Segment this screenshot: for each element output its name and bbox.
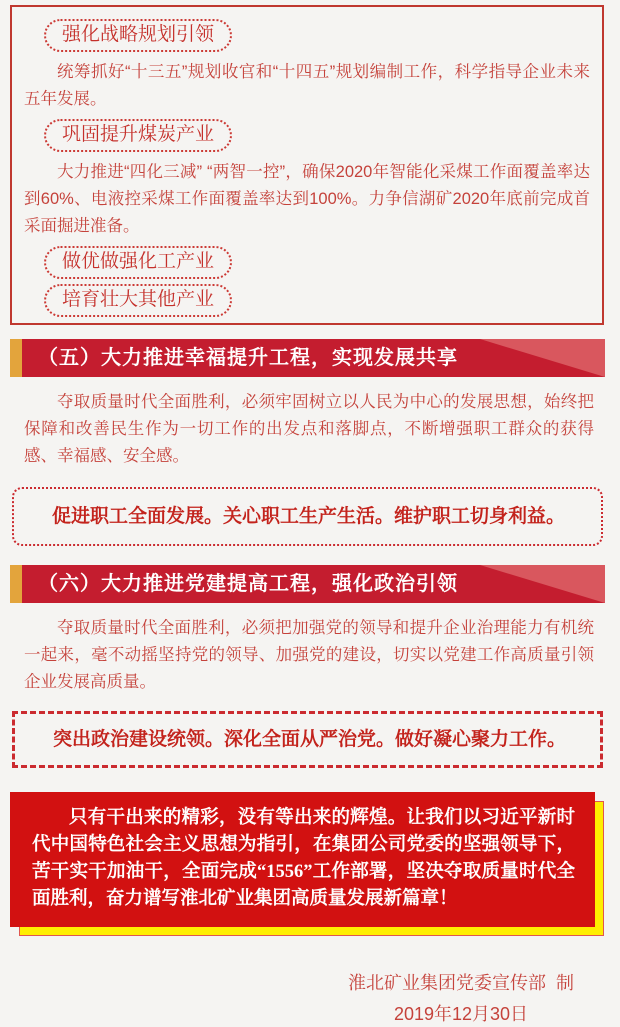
section-6-highlight-box: 突出政治建设统领。深化全面从严治党。做好凝心聚力工作。: [12, 711, 603, 768]
section-5-title: （五）大力推进幸福提升工程，实现发展共享: [38, 347, 458, 369]
pill-label: 做优做强化工产业: [62, 251, 214, 272]
section-6-banner: （六）大力推进党建提高工程，强化政治引领: [10, 565, 605, 603]
banner-corner-accent: [480, 565, 605, 603]
closing-statement: 只有干出来的精彩，没有等出来的辉煌。让我们以习近平新时代中国特色社会主义思想为指…: [10, 792, 595, 927]
footer-credit: 淮北矿业集团党委宣传部 制: [348, 973, 574, 993]
banner-red-bar: （五）大力推进幸福提升工程，实现发展共享: [22, 339, 605, 377]
section-6-paragraph: 夺取质量时代全面胜利，必须把加强党的领导和提升企业治理能力有机统一起来，毫不动摇…: [24, 615, 594, 696]
strategy-paragraph: 统筹抓好“十三五”规划收官和“十四五”规划编制工作，科学指导企业未来五年发展。: [24, 59, 590, 113]
pill-label: 巩固提升煤炭产业: [62, 124, 214, 145]
section-6-title: （六）大力推进党建提高工程，强化政治引领: [38, 573, 458, 595]
pill-other-industries: 培育壮大其他产业: [44, 284, 232, 317]
banner-gold-strip: [10, 565, 22, 603]
industries-box: 强化战略规划引领 统筹抓好“十三五”规划收官和“十四五”规划编制工作，科学指导企…: [10, 5, 604, 325]
banner-corner-accent: [480, 339, 605, 377]
closing-box-wrap: 只有干出来的精彩，没有等出来的辉煌。让我们以习近平新时代中国特色社会主义思想为指…: [10, 792, 595, 927]
pill-strategy-planning: 强化战略规划引领: [44, 19, 232, 52]
banner-gold-strip: [10, 339, 22, 377]
pill-label: 强化战略规划引领: [62, 24, 214, 45]
footer-date: 2019年12月30日: [348, 1004, 574, 1024]
banner-red-bar: （六）大力推进党建提高工程，强化政治引领: [22, 565, 605, 603]
pill-coal-industry: 巩固提升煤炭产业: [44, 119, 232, 152]
section-5-paragraph: 夺取质量时代全面胜利，必须牢固树立以人民为中心的发展思想，始终把保障和改善民生作…: [24, 389, 594, 470]
pill-label: 培育壮大其他产业: [62, 289, 214, 310]
pill-chemical-industry: 做优做强化工产业: [44, 246, 232, 279]
section-5-highlight-box: 促进职工全面发展。关心职工生产生活。维护职工切身利益。: [12, 487, 603, 546]
article-page: 强化战略规划引领 统筹抓好“十三五”规划收官和“十四五”规划编制工作，科学指导企…: [0, 5, 620, 1027]
section-5-banner: （五）大力推进幸福提升工程，实现发展共享: [10, 339, 605, 377]
coal-paragraph: 大力推进“四化三减” “两智一控”，确保2020年智能化采煤工作面覆盖率达到60…: [24, 159, 590, 240]
section-6-highlight-text: 突出政治建设统领。深化全面从严治党。做好凝心聚力工作。: [53, 729, 566, 750]
section-5-highlight-text: 促进职工全面发展。关心职工生产生活。维护职工切身利益。: [52, 506, 565, 527]
footer: 淮北矿业集团党委宣传部 制 2019年12月30日: [348, 973, 574, 1024]
